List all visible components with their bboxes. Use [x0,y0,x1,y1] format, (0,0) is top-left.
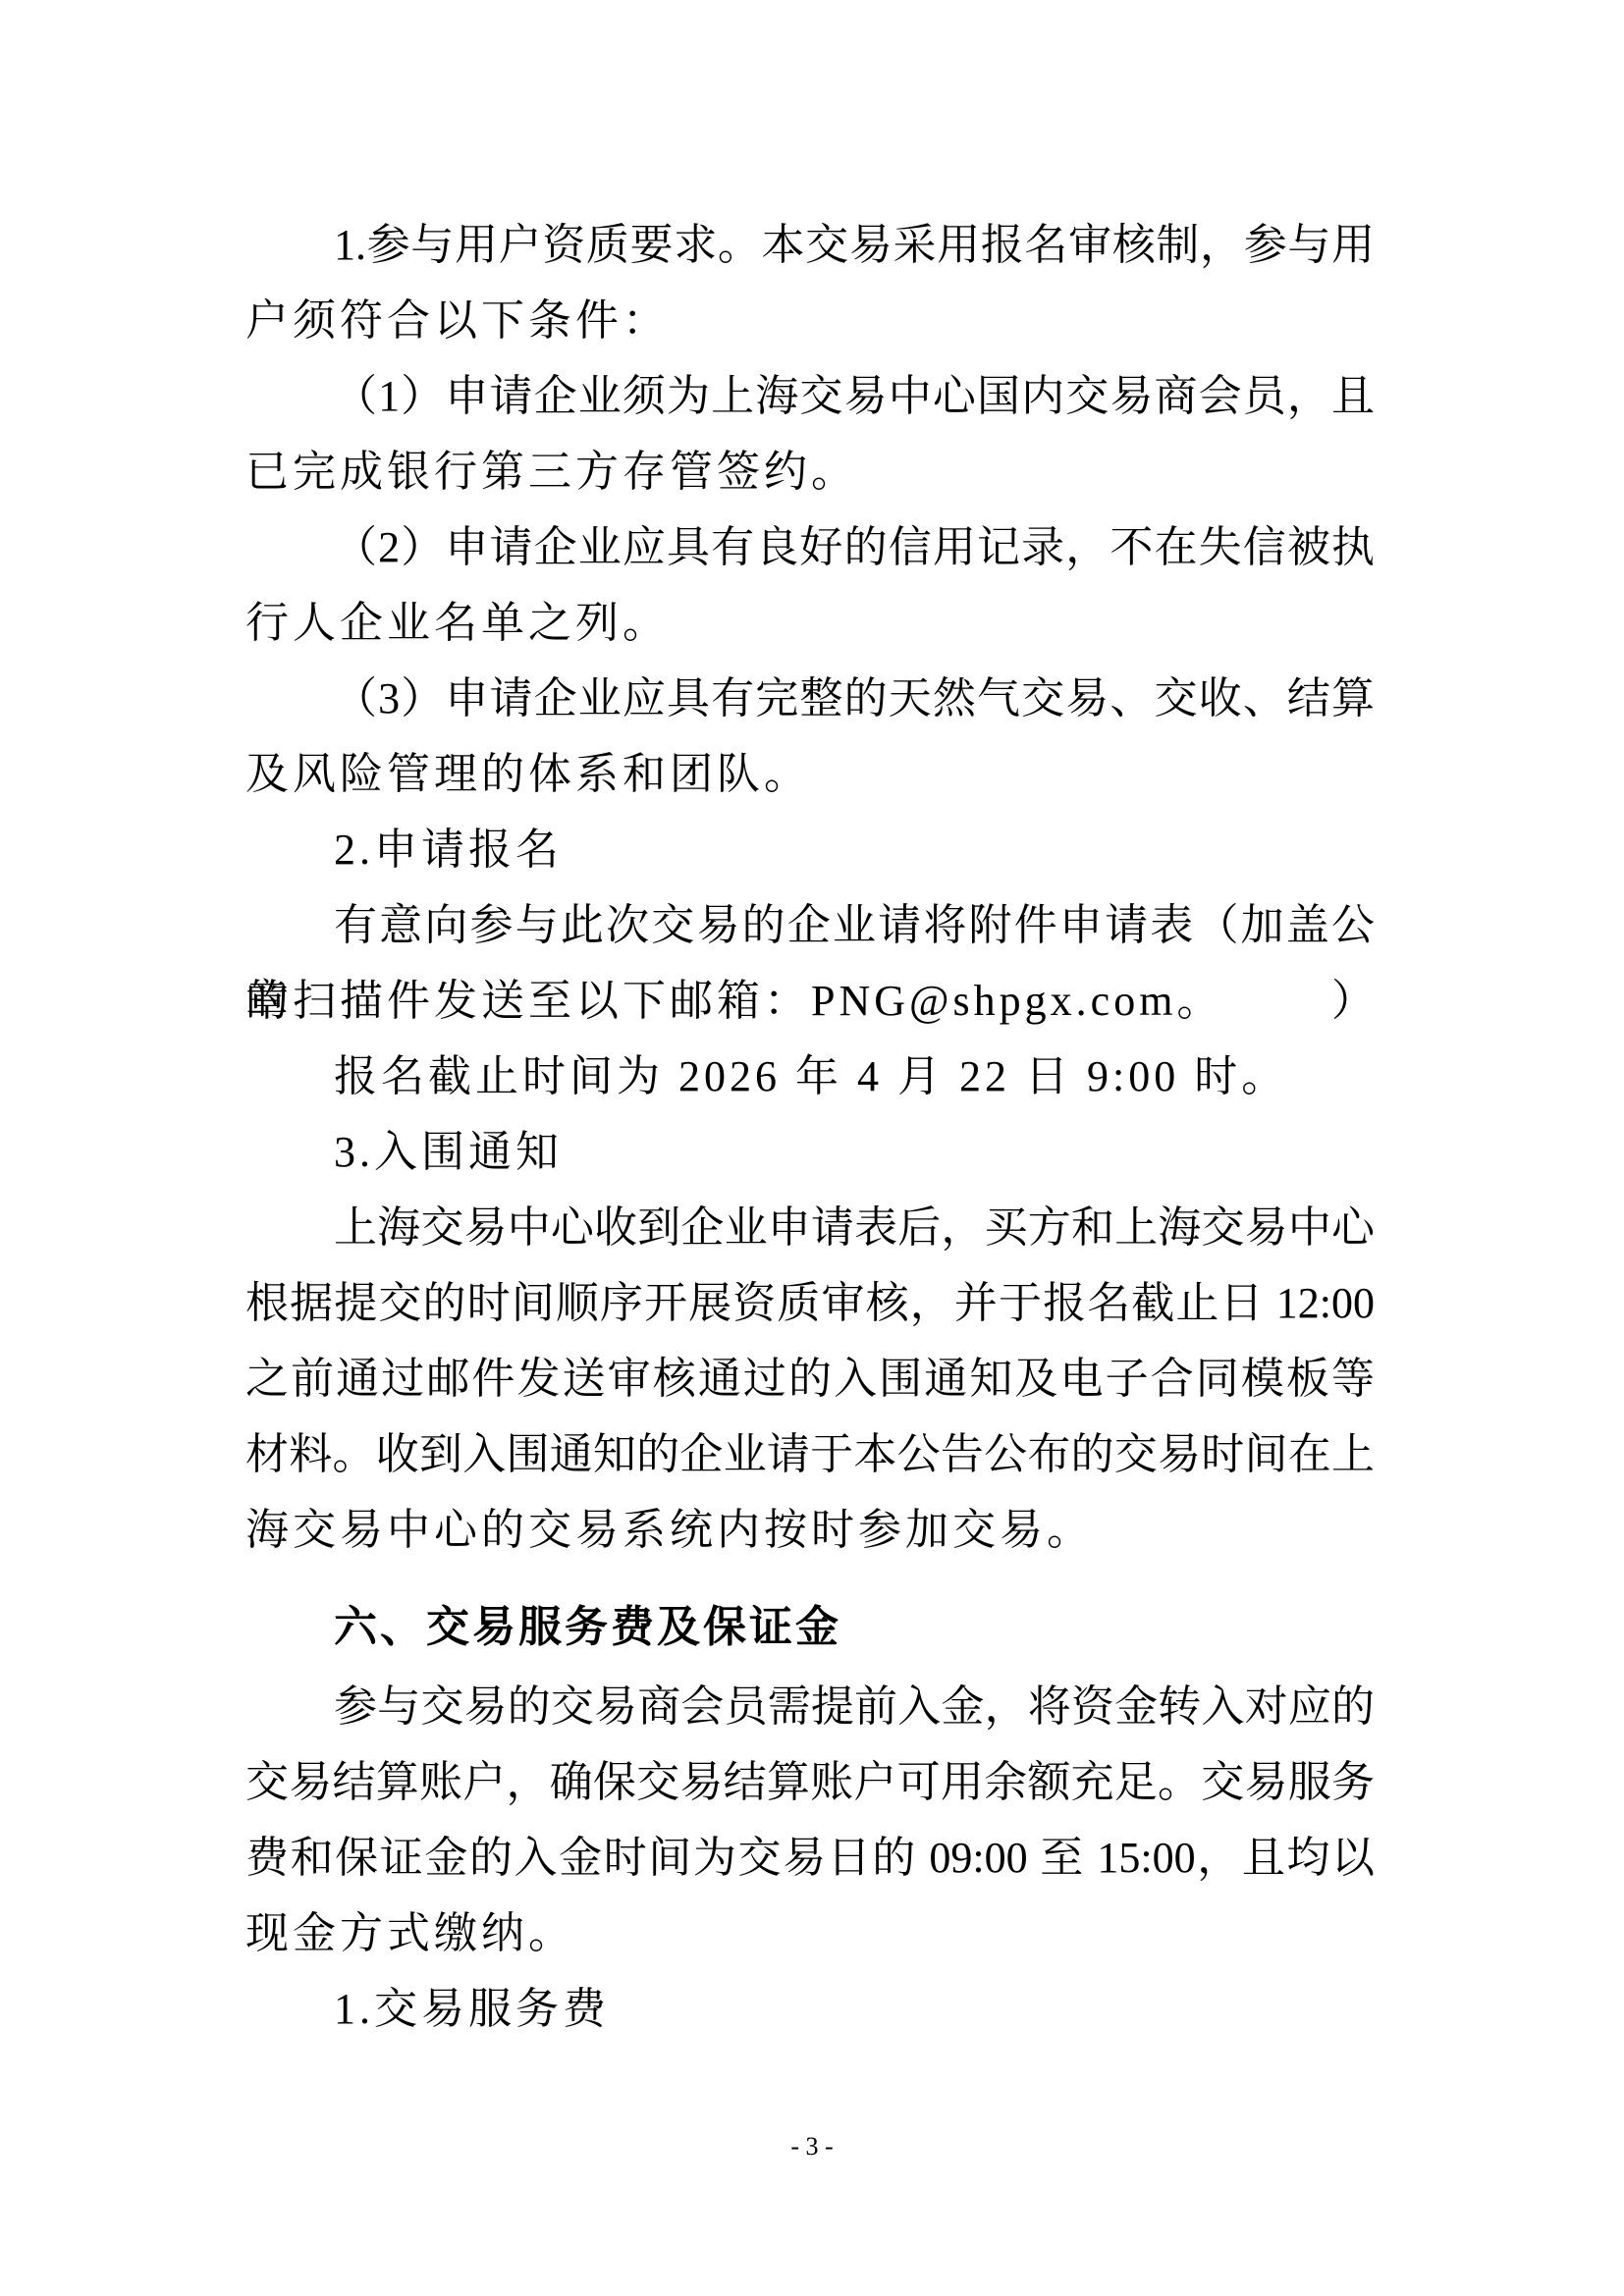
page-number: - 3 - [0,2130,1624,2163]
text-line: 费和保证金的入金时间为交易日的 09:00 至 15:00，且均以 [245,1820,1375,1896]
item-heading: 2.申请报名 [245,812,1375,887]
text-line: 的扫描件发送至以下邮箱：PNG@shpgx.com。 [245,963,1375,1039]
text-line: 有意向参与此次交易的企业请将附件申请表（加盖公章） [245,887,1375,963]
text-line: 上海交易中心收到企业申请表后，买方和上海交易中心 [245,1190,1375,1265]
text-line: 根据提交的时间顺序开展资质审核，并于报名截止日 12:00 [245,1265,1375,1341]
section-heading: 六、交易服务费及保证金 [245,1589,1375,1665]
item-heading: 3.入围通知 [245,1114,1375,1190]
text-line: 行人企业名单之列。 [245,585,1375,661]
page-body: 1.参与用户资质要求。本交易采用报名审核制，参与用 户须符合以下条件： （1）申… [245,207,1375,2047]
text-line: 户须符合以下条件： [245,283,1375,358]
item-heading: 1.交易服务费 [245,1971,1375,2047]
text-line: 现金方式缴纳。 [245,1896,1375,1971]
text-line: （2）申请企业应具有良好的信用记录，不在失信被执 [245,509,1375,585]
text-line: 已完成银行第三方存管签约。 [245,434,1375,509]
text-line: 1.参与用户资质要求。本交易采用报名审核制，参与用 [245,207,1375,283]
text-line: 交易结算账户，确保交易结算账户可用余额充足。交易服务 [245,1744,1375,1820]
text-line: 材料。收到入围通知的企业请于本公告公布的交易时间在上 [245,1416,1375,1492]
text-line: 之前通过邮件发送审核通过的入围通知及电子合同模板等 [245,1341,1375,1416]
text-line: 海交易中心的交易系统内按时参加交易。 [245,1492,1375,1568]
text-line: 及风险管理的体系和团队。 [245,736,1375,812]
text-line: 报名截止时间为 2026 年 4 月 22 日 9:00 时。 [245,1039,1375,1114]
document-page: 1.参与用户资质要求。本交易采用报名审核制，参与用 户须符合以下条件： （1）申… [0,0,1624,2296]
text-line: 参与交易的交易商会员需提前入金，将资金转入对应的 [245,1669,1375,1744]
text-line: （1）申请企业须为上海交易中心国内交易商会员，且 [245,358,1375,434]
text-line: （3）申请企业应具有完整的天然气交易、交收、结算 [245,661,1375,736]
